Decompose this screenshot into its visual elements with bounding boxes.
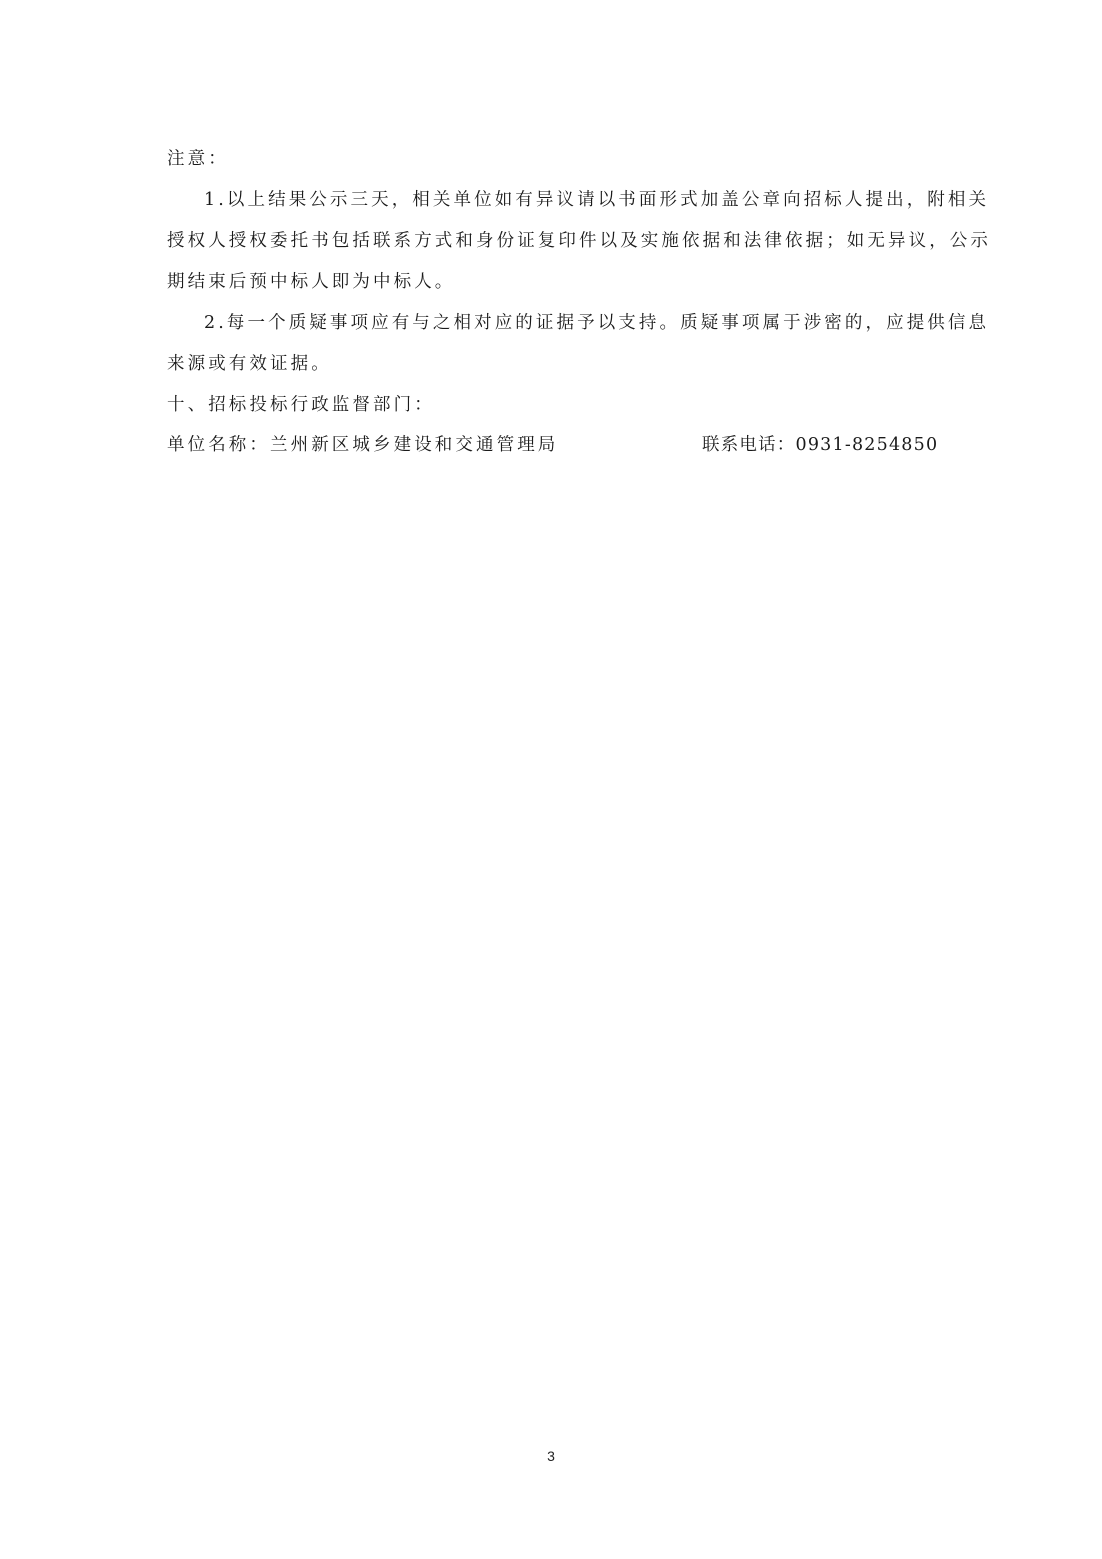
document-page: 注意： 1.以上结果公示三天，相关单位如有异议请以书面形式加盖公章向招标人提出，…	[0, 0, 1102, 1559]
notice-heading: 注意：	[167, 147, 229, 171]
page-number: 3	[0, 1448, 1102, 1464]
notice-item-2-line-1: 2.每一个质疑事项应有与之相对应的证据予以支持。质疑事项属于涉密的，应提供信息	[204, 311, 989, 335]
supervisor-contact-phone: 联系电话：0931-8254850	[702, 433, 938, 457]
supervisor-unit-name: 单位名称：兰州新区城乡建设和交通管理局	[167, 433, 558, 457]
notice-item-1-line-3: 期结束后预中标人即为中标人。	[167, 270, 455, 294]
notice-item-1-line-2: 授权人授权委托书包括联系方式和身份证复印件以及实施依据和法律依据；如无异议，公示	[167, 229, 991, 253]
section-10-heading: 十、招标投标行政监督部门：	[167, 393, 435, 417]
notice-item-1-line-1: 1.以上结果公示三天，相关单位如有异议请以书面形式加盖公章向招标人提出，附相关	[204, 188, 989, 212]
notice-item-2-line-2: 来源或有效证据。	[167, 352, 332, 376]
